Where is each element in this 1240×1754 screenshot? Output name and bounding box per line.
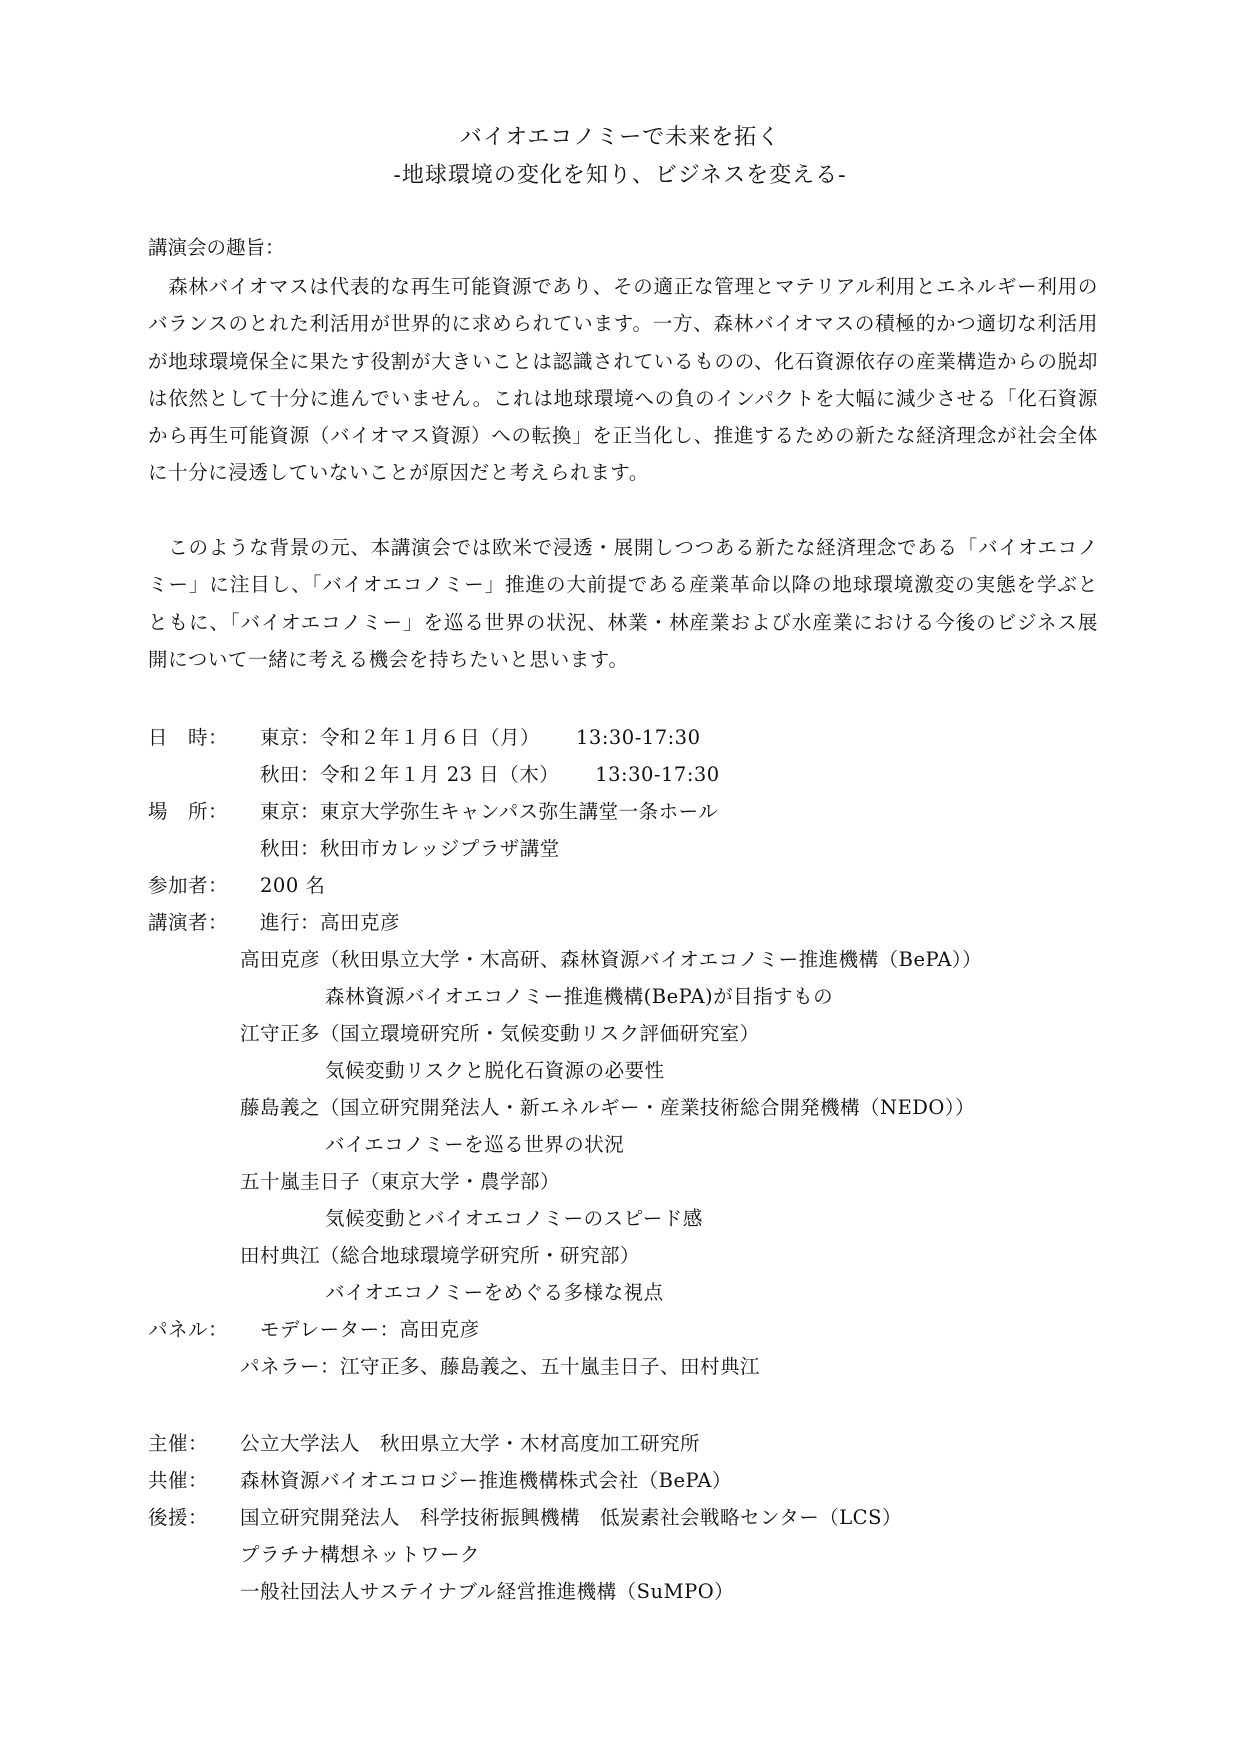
datetime-akita-time: 13:30-17:30: [595, 763, 719, 786]
speaker-name: 田村典江（総合地球環境学研究所・研究部）: [240, 1240, 640, 1268]
speakers-label: 講演者：: [148, 907, 228, 935]
cohost-label: 共催：: [148, 1465, 208, 1493]
support-value: プラチナ構想ネットワーク: [240, 1539, 480, 1567]
participants-value: 200 名: [260, 870, 325, 898]
speaker-talk: 森林資源バイオエコノミー推進機構(BePA)が目指すもの: [325, 981, 833, 1009]
datetime-tokyo: 東京：令和２年１月６日（月）13:30-17:30: [260, 722, 701, 750]
venue-tokyo: 東京：東京大学弥生キャンパス弥生講堂一条ホール: [260, 796, 718, 824]
speaker-name: 藤島義之（国立研究開発法人・新エネルギー・産業技術総合開発機構（NEDO））: [240, 1092, 975, 1120]
support-value: 国立研究開発法人 科学技術振興機構 低炭素社会戦略センター（LCS）: [240, 1502, 902, 1530]
datetime-label: 日 時：: [148, 722, 228, 750]
speaker-talk: バイエコノミーを巡る世界の状況: [325, 1129, 624, 1157]
venue-label: 場 所：: [148, 796, 228, 824]
host-value: 公立大学法人 秋田県立大学・木材高度加工研究所: [240, 1428, 700, 1456]
panel-moderator: モデレーター：高田克彦: [260, 1314, 480, 1342]
speaker-name: 高田克彦（秋田県立大学・木高研、森林資源バイオエコノミー推進機構（BePA））: [240, 944, 982, 972]
support-label: 後援：: [148, 1502, 208, 1530]
datetime-akita: 秋田：令和２年１月 23 日（木）13:30-17:30: [260, 759, 720, 787]
datetime-tokyo-date: 東京：令和２年１月６日（月）: [260, 726, 540, 749]
purpose-paragraph-2: このような背景の元、本講演会では欧米で浸透・展開しつつある新たな経済理念である「…: [148, 529, 1098, 678]
speakers-moderator: 進行：高田克彦: [260, 907, 400, 935]
document-title: バイオエコノミーで未来を拓く: [0, 120, 1240, 151]
participants-label: 参加者：: [148, 870, 228, 898]
datetime-tokyo-time: 13:30-17:30: [576, 726, 700, 749]
host-label: 主催：: [148, 1428, 208, 1456]
purpose-heading: 講演会の趣旨：: [148, 232, 285, 260]
support-value: 一般社団法人サステイナブル経営推進機構（SuMPO）: [240, 1576, 734, 1604]
venue-akita: 秋田：秋田市カレッジプラザ講堂: [260, 833, 560, 861]
cohost-value: 森林資源バイオエコロジー推進機構株式会社（BePA）: [240, 1465, 732, 1493]
panel-label: パネル：: [148, 1314, 228, 1342]
speaker-talk: 気候変動リスクと脱化石資源の必要性: [325, 1055, 665, 1083]
speaker-talk: バイオエコノミーをめぐる多様な視点: [325, 1277, 664, 1305]
speaker-talk: 気候変動とバイオエコノミーのスピード感: [325, 1203, 703, 1231]
panel-panelists: パネラー：江守正多、藤島義之、五十嵐圭日子、田村典江: [240, 1351, 760, 1379]
document-page: バイオエコノミーで未来を拓く -地球環境の変化を知り、ビジネスを変える- 講演会…: [0, 0, 1240, 1754]
document-subtitle: -地球環境の変化を知り、ビジネスを変える-: [0, 158, 1240, 189]
datetime-akita-date: 秋田：令和２年１月 23 日（木）: [260, 763, 559, 786]
speaker-name: 五十嵐圭日子（東京大学・農学部）: [240, 1166, 560, 1194]
purpose-paragraph-1: 森林バイオマスは代表的な再生可能資源であり、その適正な管理とマテリアル利用とエネ…: [148, 268, 1098, 492]
speaker-name: 江守正多（国立環境研究所・気候変動リスク評価研究室）: [240, 1018, 760, 1046]
